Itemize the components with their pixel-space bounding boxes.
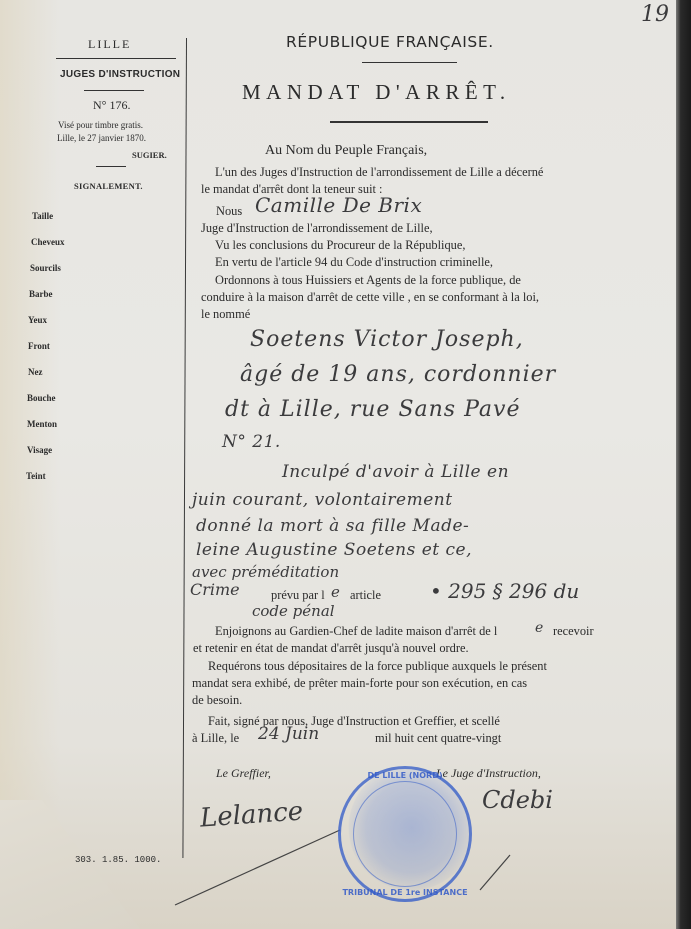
- enjoin-handwritten-e: e: [535, 620, 543, 636]
- body-line: de besoin.: [192, 693, 242, 708]
- field-cheveux: Cheveux: [31, 237, 65, 247]
- charge-line: juin courant, volontairement: [192, 490, 453, 510]
- nous-label: Nous: [216, 204, 242, 219]
- republic-heading: RÉPUBLIQUE FRANÇAISE.: [286, 33, 494, 51]
- crime-word: Crime: [190, 580, 240, 599]
- charge-line: leine Augustine Soetens et ce,: [196, 540, 472, 560]
- body-line: mandat sera exhibé, de prêter main-forte…: [192, 676, 527, 691]
- code-handwritten: code pénal: [252, 602, 335, 620]
- charge-line: donné la mort à sa fille Made-: [196, 516, 469, 536]
- invocation: Au Nom du Peuple Français,: [265, 143, 427, 159]
- page-number-annotation: 19: [641, 2, 669, 27]
- stamp-date: Lille, le 27 janvier 1870.: [57, 133, 146, 143]
- divider: [330, 121, 488, 123]
- divider: [56, 58, 176, 59]
- divider: [362, 62, 457, 63]
- field-barbe: Barbe: [29, 289, 53, 299]
- body-line: recevoir: [553, 624, 594, 639]
- field-visage: Visage: [27, 445, 52, 455]
- body-line: Requérons tous dépositaires de la force …: [208, 659, 547, 674]
- office-label: JUGES D'INSTRUCTION: [60, 69, 180, 80]
- stamp-note: Visé pour timbre gratis.: [58, 120, 143, 130]
- print-code: 303. 1.85. 1000.: [75, 855, 161, 865]
- body-line: le nommé: [201, 307, 250, 322]
- field-menton: Menton: [27, 419, 57, 429]
- column-divider: [182, 38, 187, 858]
- charge-line: avec préméditation: [192, 563, 339, 581]
- field-front: Front: [28, 341, 50, 351]
- body-line: L'un des Juges d'Instruction de l'arrond…: [215, 165, 543, 180]
- body-line: Enjoignons au Gardien-Chef de ladite mai…: [215, 624, 497, 639]
- divider: [96, 166, 126, 167]
- date-handwritten: 24 Juin: [258, 724, 319, 744]
- divider: [84, 90, 144, 91]
- field-teint: Teint: [26, 471, 46, 481]
- description-title: SIGNALEMENT.: [74, 181, 143, 191]
- judge-name-handwritten: Camille De Brix: [255, 193, 422, 217]
- field-sourcils: Sourcils: [30, 263, 61, 273]
- document-title: MANDAT D'ARRÊT.: [242, 80, 511, 105]
- seal-text-top: DE LILLE (NORD): [341, 771, 469, 780]
- body-line: conduire à la maison d'arrêt de cette vi…: [201, 290, 539, 305]
- city-label: LILLE: [88, 37, 131, 52]
- body-line: Juge d'Instruction de l'arrondissement d…: [201, 221, 433, 236]
- accused-address: dt à Lille, rue Sans Pavé: [225, 397, 520, 422]
- warrant-number: N° 176.: [93, 98, 130, 113]
- body-line: En vertu de l'article 94 du Code d'instr…: [215, 255, 493, 270]
- field-yeux: Yeux: [28, 315, 47, 325]
- accused-name: Soetens Victor Joseph,: [250, 327, 524, 352]
- accused-age-occupation: âgé de 19 ans, cordonnier: [240, 362, 556, 387]
- body-line: mil huit cent quatre-vingt: [375, 731, 501, 746]
- prevu-handwritten-e: e: [331, 583, 340, 601]
- articles-handwritten: • 295 § 296 du: [430, 579, 579, 603]
- article-label: article: [350, 588, 381, 603]
- warrant-document: 19 LILLE JUGES D'INSTRUCTION N° 176. Vis…: [0, 0, 676, 929]
- body-line: Fait, signé par nous, Juge d'Instruction…: [208, 714, 500, 729]
- body-line: Ordonnons à tous Huissiers et Agents de …: [215, 273, 521, 288]
- charge-line: Inculpé d'avoir à Lille en: [282, 462, 509, 482]
- body-line: à Lille, le: [192, 731, 239, 746]
- field-taille: Taille: [32, 211, 53, 221]
- field-nez: Nez: [28, 367, 43, 377]
- prevu-label: prévu par l: [271, 588, 325, 603]
- seal-text-bottom: TRIBUNAL DE 1re INSTANCE: [341, 888, 469, 897]
- body-line: et retenir en état de mandat d'arrêt jus…: [193, 641, 469, 656]
- clerk-label: Le Greffier,: [216, 766, 271, 781]
- body-line: Vu les conclusions du Procureur de la Ré…: [215, 238, 465, 253]
- court-seal: DE LILLE (NORD) TRIBUNAL DE 1re INSTANCE: [338, 766, 472, 902]
- stamp-signer: SUGIER.: [132, 150, 167, 160]
- seal-inner-ring: [353, 781, 457, 887]
- accused-address-number: N° 21.: [222, 432, 281, 452]
- field-bouche: Bouche: [27, 393, 56, 403]
